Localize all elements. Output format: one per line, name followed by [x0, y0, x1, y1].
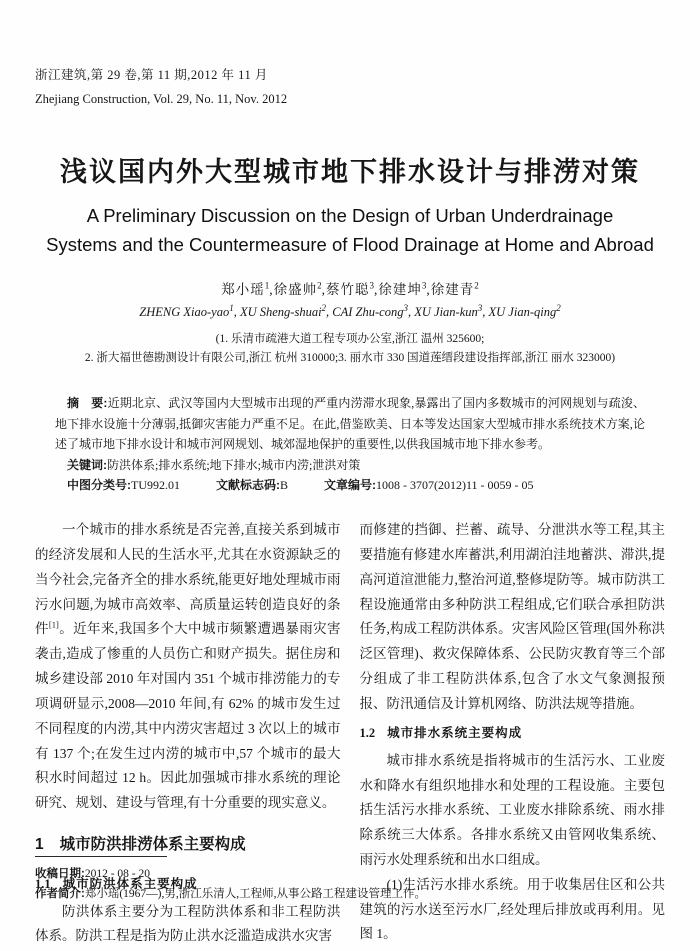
section-1-2-heading: 1.2城市排水系统主要构成: [360, 722, 666, 745]
drainage-system-paragraph: 城市排水系统是指将城市的生活污水、工业废水和降水有组织地排水和处理的工程设施。主…: [360, 749, 666, 873]
flood-system-paragraph-left: 防洪体系主要分为工程防洪体系和非工程防洪体系。防洪工程是指为防止洪水泛滥造成洪水…: [35, 900, 341, 950]
clc-value: TU992.01: [131, 478, 180, 492]
author-name-en: XU Sheng-shuai: [240, 305, 322, 319]
author-bio-label: 作者简介:: [35, 888, 85, 900]
author-name: 徐盛帅: [274, 282, 318, 297]
paper-title-en: A Preliminary Discussion on the Design o…: [35, 201, 665, 260]
author-name: 徐建坤: [378, 282, 422, 297]
reference-marker: [1]: [49, 620, 59, 630]
subsection-number: 1.2: [360, 726, 376, 740]
footer-divider: [35, 856, 167, 857]
footer: 收稿日期:2012 - 08 - 20 作者简介:郑小瑶(1967—),男,浙江…: [35, 856, 667, 904]
author-bio-line: 作者简介:郑小瑶(1967—),男,浙江乐清人,工程师,从事公路工程建设管理工作…: [35, 884, 667, 904]
affiliation-line-2: 2. 浙大福世德勘测设计有限公司,浙江 杭州 310000;3. 丽水市 330…: [35, 349, 665, 369]
abstract-block: 摘 要:近期北京、武汉等国内大型城市出现的严重内涝滞水现象,暴露出了国内多数城市…: [55, 393, 645, 496]
author-name-en: XU Jian-kun: [414, 305, 478, 319]
journal-header: 浙江建筑,第 29 卷,第 11 期,2012 年 11 月 Zhejiang …: [35, 64, 665, 112]
author-bio-value: 郑小瑶(1967—),男,浙江乐清人,工程师,从事公路工程建设管理工作。: [85, 888, 426, 900]
authors-cn: 郑小瑶1,徐盛帅2,蔡竹聪3,徐建坤3,徐建青2: [35, 278, 665, 298]
affiliation-line-1: (1. 乐清市疏港大道工程专项办公室,浙江 温州 325600;: [35, 330, 665, 350]
author-superscript: 2: [474, 280, 479, 290]
author-name: 郑小瑶: [221, 282, 265, 297]
flood-system-paragraph-continued: 而修建的挡御、拦蓄、疏导、分泄洪水等工程,其主要措施有修建水库蓄洪,利用湖泊洼地…: [360, 518, 666, 717]
doc-code-item: 文献标志码:B: [216, 478, 288, 492]
author-name-en: CAI Zhu-cong: [332, 305, 403, 319]
author-name: 蔡竹聪: [326, 282, 370, 297]
received-date-line: 收稿日期:2012 - 08 - 20: [35, 864, 667, 884]
paper-title-en-line1: A Preliminary Discussion on the Design o…: [35, 201, 665, 231]
doc-code-value: B: [280, 478, 288, 492]
article-id-item: 文章编号:1008 - 3707(2012)11 - 0059 - 05: [324, 478, 534, 492]
received-date-value: 2012 - 08 - 20: [85, 868, 150, 880]
authors-en: ZHENG Xiao-yao1, XU Sheng-shuai2, CAI Zh…: [35, 303, 665, 320]
journal-header-cn: 浙江建筑,第 29 卷,第 11 期,2012 年 11 月: [35, 64, 665, 88]
doc-code-label: 文献标志码:: [216, 478, 280, 492]
article-id-label: 文章编号:: [324, 478, 376, 492]
keywords-text: 防洪体系;排水系统;地下排水;城市内涝;泄洪对策: [107, 458, 360, 472]
journal-header-en: Zhejiang Construction, Vol. 29, No. 11, …: [35, 88, 665, 112]
intro-text-b: 。近年来,我国多个大中城市频繁遭遇暴雨灾害袭击,造成了惨重的人员伤亡和财产损失。…: [35, 621, 341, 810]
paper-title-en-line2: Systems and the Countermeasure of Flood …: [35, 230, 665, 260]
author-name-en: XU Jian-qing: [489, 305, 557, 319]
abstract-label: 摘 要:: [67, 396, 107, 410]
section-number: 1: [35, 836, 44, 853]
paper-title-cn: 浅议国内外大型城市地下排水设计与排涝对策: [35, 150, 665, 189]
classification-line: 中图分类号:TU992.01文献标志码:B文章编号:1008 - 3707(20…: [55, 475, 645, 496]
clc-item: 中图分类号:TU992.01: [67, 478, 180, 492]
received-date-label: 收稿日期:: [35, 868, 85, 880]
author-name-en: ZHENG Xiao-yao: [139, 305, 229, 319]
keywords-line: 关键词:防洪体系;排水系统;地下排水;城市内涝;泄洪对策: [55, 455, 645, 476]
subsection-title: 城市排水系统主要构成: [387, 726, 522, 740]
clc-label: 中图分类号:: [67, 478, 131, 492]
keywords-label: 关键词:: [67, 458, 107, 472]
intro-text-a: 一个城市的排水系统是否完善,直接关系到城市的经济发展和人民的生活水平,尤其在水资…: [35, 522, 341, 636]
paper-page: 浙江建筑,第 29 卷,第 11 期,2012 年 11 月 Zhejiang …: [0, 0, 700, 949]
author-name: 徐建青: [431, 282, 475, 297]
affiliations: (1. 乐清市疏港大道工程专项办公室,浙江 温州 325600; 2. 浙大福世…: [35, 330, 665, 369]
abstract-text: 近期北京、武汉等国内大型城市出现的严重内涝滞水现象,暴露出了国内多数城市的河网规…: [55, 396, 645, 451]
intro-paragraph: 一个城市的排水系统是否完善,直接关系到城市的经济发展和人民的生活水平,尤其在水资…: [35, 518, 341, 816]
abstract-paragraph: 摘 要:近期北京、武汉等国内大型城市出现的严重内涝滞水现象,暴露出了国内多数城市…: [55, 393, 645, 455]
author-superscript: 2: [556, 303, 561, 313]
article-id-value: 1008 - 3707(2012)11 - 0059 - 05: [376, 478, 534, 492]
section-title: 城市防洪排涝体系主要构成: [60, 836, 246, 853]
